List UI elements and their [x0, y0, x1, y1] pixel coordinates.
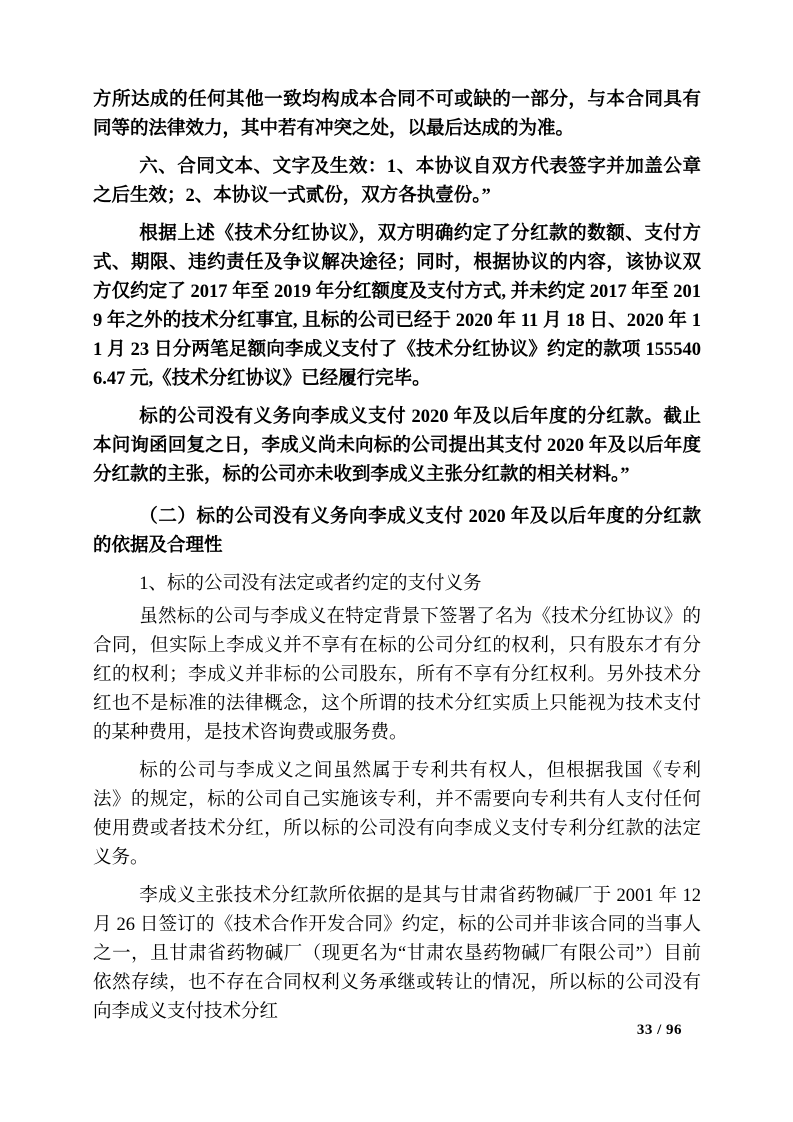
document-body: 方所达成的任何其他一致均构成本合同不可或缺的一部分，与本合同具有同等的法律效力，… — [93, 86, 701, 1036]
page-footer: 33 / 96 — [637, 1022, 682, 1039]
page-number: 33 / 96 — [637, 1022, 682, 1038]
subsection-heading-one: 1、标的公司没有法定或者约定的支付义务 — [93, 570, 701, 599]
document-page: 方所达成的任何其他一致均构成本合同不可或缺的一部分，与本合同具有同等的法律效力，… — [0, 0, 793, 1122]
paragraph-reply-agreement-summary: 根据上述《技术分红协议》，双方明确约定了分红款的数额、支付方式、期限、违约责任及… — [93, 220, 701, 394]
paragraph-agreement-continuation: 方所达成的任何其他一致均构成本合同不可或缺的一部分，与本合同具有同等的法律效力，… — [93, 86, 701, 144]
paragraph-reply-no-obligation: 标的公司没有义务向李成义支付 2020 年及以后年度的分红款。截止本问询函回复之… — [93, 403, 701, 490]
paragraph-analysis-cooperation-contract: 李成义主张技术分红款所依据的是其与甘肃省药物碱厂于 2001 年 12 月 26… — [93, 882, 701, 1027]
paragraph-agreement-clause-six: 六、合同文本、文字及生效：1、本协议自双方代表签字并加盖公章之后生效；2、本协议… — [93, 153, 701, 211]
paragraph-analysis-no-dividend-right: 虽然标的公司与李成义在特定背景下签署了名为《技术分红协议》的合同，但实际上李成义… — [93, 603, 701, 748]
section-heading-two: （二）标的公司没有义务向李成义支付 2020 年及以后年度的分红款的依据及合理性 — [93, 503, 701, 561]
paragraph-analysis-patent-law: 标的公司与李成义之间虽然属于专利共有权人，但根据我国《专利法》的规定，标的公司自… — [93, 757, 701, 873]
